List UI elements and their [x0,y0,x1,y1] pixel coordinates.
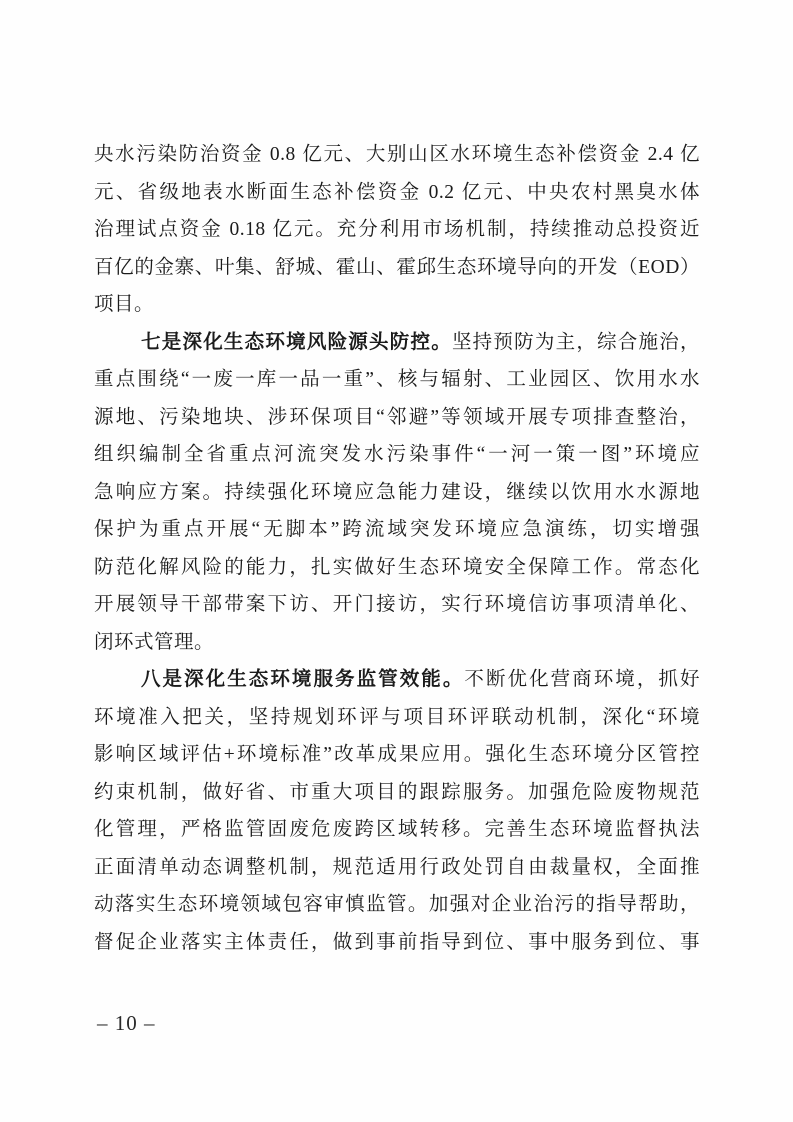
text-line: 约束机制，做好省、市重大项目的跟踪服务。加强危险废物规范 [94,774,700,812]
text-line: 组织编制全省重点河流突发水污染事件“一河一策一图”环境应 [94,436,700,474]
text-line-content: 保护为重点开展“无脚本”跨流域突发环境应急演练，切实增强 [94,519,700,540]
text-line: 八是深化生态环境服务监管效能。不断优化营商环境，抓好 [94,661,700,699]
text-line-content: 组织编制全省重点河流突发水污染事件“一河一策一图”环境应 [94,444,700,465]
document-body: 央水污染防治资金 0.8 亿元、大别山区水环境生态补偿资金 2.4 亿元、省级地… [94,136,700,961]
text-line-content: 治理试点资金 0.18 亿元。充分利用市场机制，持续推动总投资近 [94,219,700,240]
text-line-content: 动落实生态环境领域包容审慎监管。加强对企业治污的指导帮助， [94,894,700,915]
text-line-content: 影响区域评估+环境标准”改革成果应用。强化生态环境分区管控 [94,744,700,765]
service-supervision-paragraph: 八是深化生态环境服务监管效能。不断优化营商环境，抓好环境准入把关，坚持规划环评与… [94,661,700,961]
text-line: 项目。 [94,286,700,324]
page-number: – 10 – [97,1008,156,1038]
text-line: 化管理，严格监管固废危废跨区域转移。完善生态环境监督执法 [94,811,700,849]
funding-paragraph-continuation: 央水污染防治资金 0.8 亿元、大别山区水环境生态补偿资金 2.4 亿元、省级地… [94,136,700,324]
text-line: 百亿的金寨、叶集、舒城、霍山、霍邱生态环境导向的开发（EOD） [94,249,700,287]
text-line-content: 元、省级地表水断面生态补偿资金 0.2 亿元、中央农村黑臭水体 [94,182,700,203]
text-line: 央水污染防治资金 0.8 亿元、大别山区水环境生态补偿资金 2.4 亿 [94,136,700,174]
text-line: 元、省级地表水断面生态补偿资金 0.2 亿元、中央农村黑臭水体 [94,174,700,212]
paragraph-lead-heading: 七是深化生态环境风险源头防控。 [141,332,452,353]
text-line: 督促企业落实主体责任，做到事前指导到位、事中服务到位、事 [94,924,700,962]
text-line: 闭环式管理。 [94,624,700,662]
text-line: 环境准入把关，坚持规划环评与项目环评联动机制，深化“环境 [94,699,700,737]
paragraph-lead-heading: 八是深化生态环境服务监管效能。 [141,669,464,690]
text-line: 重点围绕“一废一库一品一重”、核与辐射、工业园区、饮用水水 [94,361,700,399]
text-line-content: 闭环式管理。 [94,632,214,653]
text-line-content: 环境准入把关，坚持规划环评与项目环评联动机制，深化“环境 [94,707,700,728]
text-line-content: 重点围绕“一废一库一品一重”、核与辐射、工业园区、饮用水水 [94,369,700,390]
text-line-content: 约束机制，做好省、市重大项目的跟踪服务。加强危险废物规范 [94,782,700,803]
text-line: 动落实生态环境领域包容审慎监管。加强对企业治污的指导帮助， [94,886,700,924]
text-line-content: 化管理，严格监管固废危废跨区域转移。完善生态环境监督执法 [94,819,700,840]
document-page: 央水污染防治资金 0.8 亿元、大别山区水环境生态补偿资金 2.4 亿元、省级地… [0,0,793,1122]
risk-prevention-paragraph: 七是深化生态环境风险源头防控。坚持预防为主，综合施治，重点围绕“一废一库一品一重… [94,324,700,662]
text-line-content: 不断优化营商环境，抓好 [464,669,700,690]
text-line-content: 急响应方案。持续强化环境应急能力建设，继续以饮用水水源地 [94,482,700,503]
text-line: 正面清单动态调整机制，规范适用行政处罚自由裁量权，全面推 [94,849,700,887]
text-line-content: 坚持预防为主，综合施治， [452,332,700,353]
text-line-content: 正面清单动态调整机制，规范适用行政处罚自由裁量权，全面推 [94,857,700,878]
text-line: 七是深化生态环境风险源头防控。坚持预防为主，综合施治， [94,324,700,362]
text-line: 保护为重点开展“无脚本”跨流域突发环境应急演练，切实增强 [94,511,700,549]
text-line: 影响区域评估+环境标准”改革成果应用。强化生态环境分区管控 [94,736,700,774]
text-line-content: 督促企业落实主体责任，做到事前指导到位、事中服务到位、事 [94,932,700,953]
text-line-content: 防范化解风险的能力，扎实做好生态环境安全保障工作。常态化 [94,557,700,578]
text-line-content: 百亿的金寨、叶集、舒城、霍山、霍邱生态环境导向的开发（EOD） [94,257,700,278]
text-line: 治理试点资金 0.18 亿元。充分利用市场机制，持续推动总投资近 [94,211,700,249]
text-line: 防范化解风险的能力，扎实做好生态环境安全保障工作。常态化 [94,549,700,587]
text-line: 源地、污染地块、涉环保项目“邻避”等领域开展专项排查整治， [94,399,700,437]
text-line-content: 开展领导干部带案下访、开门接访，实行环境信访事项清单化、 [94,594,700,615]
text-line-content: 项目。 [94,294,154,315]
text-line: 急响应方案。持续强化环境应急能力建设，继续以饮用水水源地 [94,474,700,512]
text-line-content: 央水污染防治资金 0.8 亿元、大别山区水环境生态补偿资金 2.4 亿 [94,144,700,165]
text-line-content: 源地、污染地块、涉环保项目“邻避”等领域开展专项排查整治， [94,407,700,428]
text-line: 开展领导干部带案下访、开门接访，实行环境信访事项清单化、 [94,586,700,624]
